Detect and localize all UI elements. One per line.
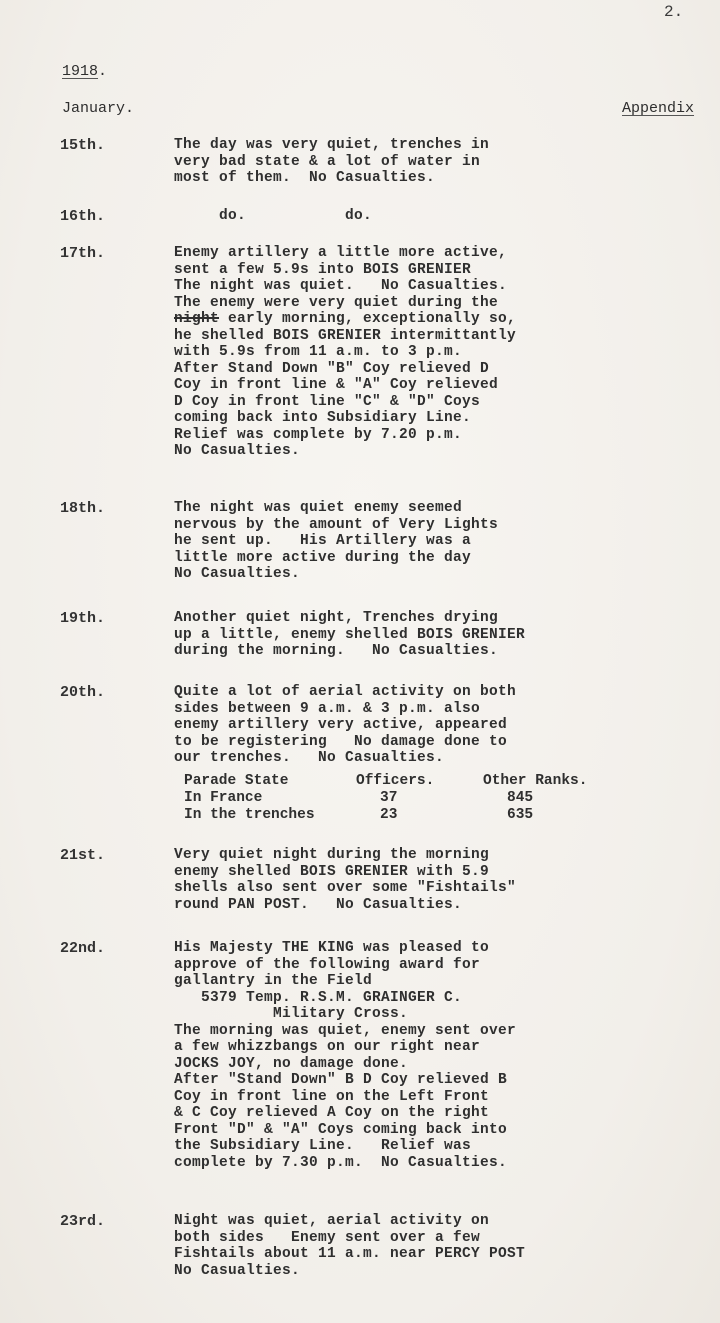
entry-line: Quite a lot of aerial activity on both: [174, 684, 516, 701]
officers-count: 37: [380, 790, 397, 807]
entry-line: After Stand Down "B" Coy relieved D: [174, 361, 516, 378]
officers-header: Officers.: [356, 773, 434, 790]
entry-text: The night was quiet enemy seemednervous …: [174, 500, 498, 583]
entry-text: Enemy artillery a little more active,sen…: [174, 245, 516, 460]
appendix-column-heading: Appendix: [622, 100, 694, 117]
entry-date: 18th.: [60, 500, 105, 517]
award-recipient-line: 5379 Temp. R.S.M. GRAINGER C.: [174, 990, 516, 1007]
entry-line: a few whizzbangs on our right near: [174, 1039, 516, 1056]
entry-line: sent a few 5.9s into BOIS GRENIER: [174, 262, 516, 279]
entry-line: approve of the following award for: [174, 957, 516, 974]
entry-line: No Casualties.: [174, 1263, 525, 1280]
struck-out-word: night: [174, 311, 219, 327]
entry-text: Night was quiet, aerial activity onboth …: [174, 1213, 525, 1279]
entry-line: nervous by the amount of Very Lights: [174, 517, 498, 534]
entry-text: His Majesty THE KING was pleased toappro…: [174, 940, 516, 1171]
entry-date: 22nd.: [60, 940, 105, 957]
entry-text: Quite a lot of aerial activity on bothsi…: [174, 684, 516, 767]
year-heading: 1918.: [62, 63, 107, 80]
entry-line: D Coy in front line "C" & "D" Coys: [174, 394, 516, 411]
entry-line: Very quiet night during the morning: [174, 847, 516, 864]
officers-count: 23: [380, 807, 397, 824]
entry-line: round PAN POST. No Casualties.: [174, 897, 516, 914]
entry-text: Another quiet night, Trenches dryingup a…: [174, 610, 525, 660]
entry-date: 19th.: [60, 610, 105, 627]
entry-date: 15th.: [60, 137, 105, 154]
entry-line: & C Coy relieved A Coy on the right: [174, 1105, 516, 1122]
entry-text: The day was very quiet, trenches invery …: [174, 137, 489, 187]
page-number: 2.: [664, 3, 683, 21]
entry-date: 20th.: [60, 684, 105, 701]
entry-text: do. do.: [174, 208, 372, 225]
entry-line: The enemy were very quiet during the: [174, 295, 516, 312]
entry-line: enemy shelled BOIS GRENIER with 5.9: [174, 864, 516, 881]
entry-line: with 5.9s from 11 a.m. to 3 p.m.: [174, 344, 516, 361]
entry-date: 16th.: [60, 208, 105, 225]
entry-line: sides between 9 a.m. & 3 p.m. also: [174, 701, 516, 718]
entry-line: The morning was quiet, enemy sent over: [174, 1023, 516, 1040]
entry-line: The day was very quiet, trenches in: [174, 137, 489, 154]
entry-line: up a little, enemy shelled BOIS GRENIER: [174, 627, 525, 644]
entry-line: he shelled BOIS GRENIER intermittantly: [174, 328, 516, 345]
entry-text: Very quiet night during the morningenemy…: [174, 847, 516, 913]
award-name-line: Military Cross.: [174, 1006, 516, 1023]
entry-line: little more active during the day: [174, 550, 498, 567]
row-label: In the trenches: [184, 807, 315, 824]
parade-state-header: Parade State: [184, 773, 288, 790]
entry-line: most of them. No Casualties.: [174, 170, 489, 187]
document-page: 2. 1918. January. Appendix 15th. The day…: [0, 0, 720, 1323]
entry-line: No Casualties.: [174, 566, 498, 583]
entry-line: No Casualties.: [174, 443, 516, 460]
month-heading: January.: [62, 100, 134, 117]
entry-line: coming back into Subsidiary Line.: [174, 410, 516, 427]
entry-line: enemy artillery very active, appeared: [174, 717, 516, 734]
year-text: 1918: [62, 63, 98, 80]
year-suffix: .: [98, 63, 107, 80]
other-ranks-count: 635: [507, 807, 533, 824]
entry-line: Coy in front line on the Left Front: [174, 1089, 516, 1106]
entry-date: 17th.: [60, 245, 105, 262]
other-ranks-count: 845: [507, 790, 533, 807]
entry-date: 23rd.: [60, 1213, 105, 1230]
entry-line: he sent up. His Artillery was a: [174, 533, 498, 550]
entry-line: The night was quiet enemy seemed: [174, 500, 498, 517]
entry-line: Night was quiet, aerial activity on: [174, 1213, 525, 1230]
other-ranks-header: Other Ranks.: [483, 773, 587, 790]
entry-line: The night was quiet. No Casualties.: [174, 278, 516, 295]
entry-line: JOCKS JOY, no damage done.: [174, 1056, 516, 1073]
entry-line: night early morning, exceptionally so,: [174, 311, 516, 328]
entry-line: shells also sent over some "Fishtails": [174, 880, 516, 897]
entry-line: complete by 7.30 p.m. No Casualties.: [174, 1155, 516, 1172]
entry-line: Coy in front line & "A" Coy relieved: [174, 377, 516, 394]
entry-line: gallantry in the Field: [174, 973, 516, 990]
entry-line: to be registering No damage done to: [174, 734, 516, 751]
row-label: In France: [184, 790, 262, 807]
entry-line: Fishtails about 11 a.m. near PERCY POST: [174, 1246, 525, 1263]
entry-line: Another quiet night, Trenches drying: [174, 610, 525, 627]
entry-line: during the morning. No Casualties.: [174, 643, 525, 660]
entry-line: Relief was complete by 7.20 p.m.: [174, 427, 516, 444]
entry-line: Enemy artillery a little more active,: [174, 245, 516, 262]
entry-line: Front "D" & "A" Coys coming back into: [174, 1122, 516, 1139]
entry-line: very bad state & a lot of water in: [174, 154, 489, 171]
entry-line: the Subsidiary Line. Relief was: [174, 1138, 516, 1155]
ditto-line: do. do.: [174, 208, 372, 225]
entry-line: After "Stand Down" B D Coy relieved B: [174, 1072, 516, 1089]
entry-line: His Majesty THE KING was pleased to: [174, 940, 516, 957]
entry-line-rest: early morning, exceptionally so,: [219, 311, 516, 327]
entry-date: 21st.: [60, 847, 105, 864]
entry-line: both sides Enemy sent over a few: [174, 1230, 525, 1247]
entry-line: our trenches. No Casualties.: [174, 750, 516, 767]
